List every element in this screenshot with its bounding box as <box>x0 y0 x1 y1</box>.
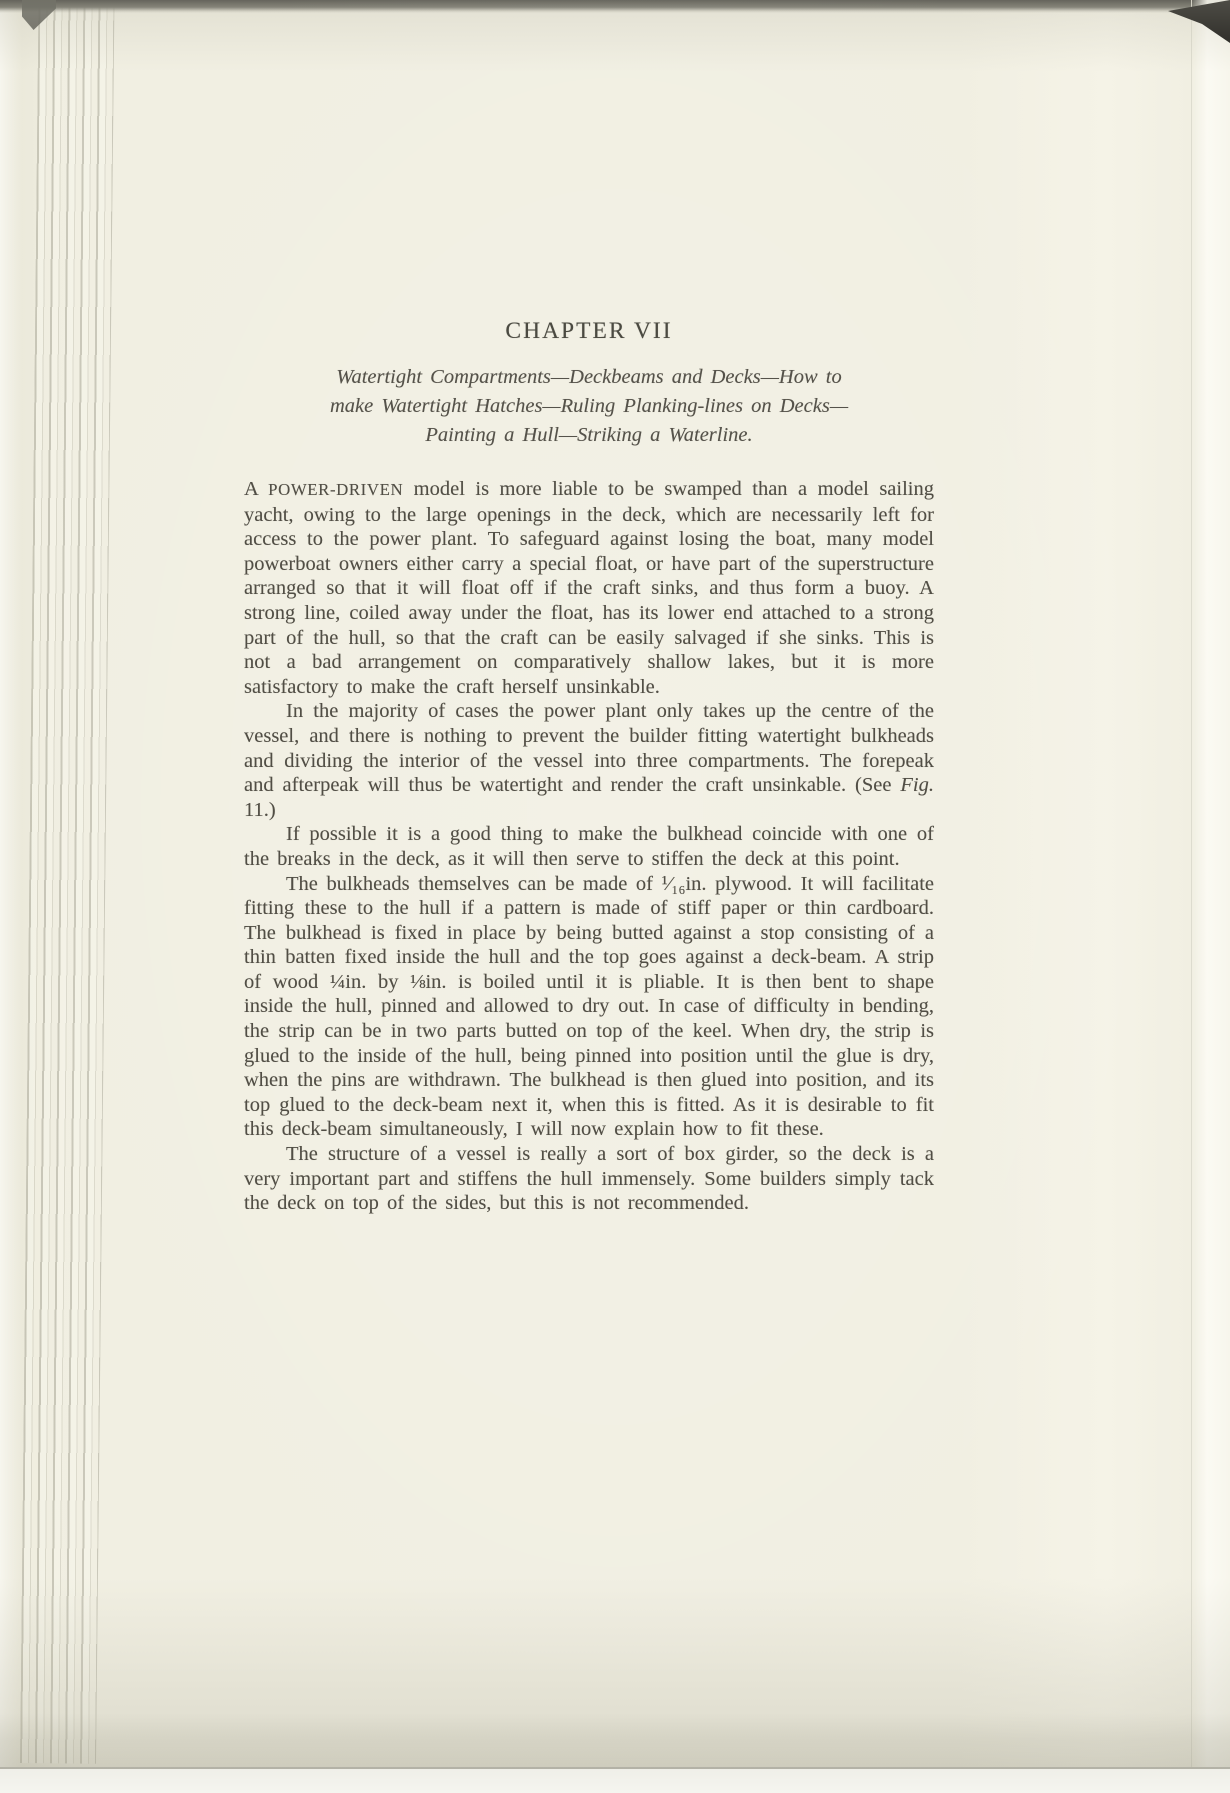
subtitle-line: Painting a Hull—Striking a Waterline. <box>244 421 934 450</box>
chapter-subtitle: Watertight Compartments—Deckbeams and De… <box>244 363 934 450</box>
scan-left-margin <box>0 0 22 1793</box>
paragraph-2: In the majority of cases the power plant… <box>244 699 934 822</box>
subtitle-line: Watertight Compartments—Deckbeams and De… <box>244 363 934 392</box>
paragraph-3: If possible it is a good thing to make t… <box>244 822 934 871</box>
page-content: CHAPTER VII Watertight Compartments—Deck… <box>244 318 934 1216</box>
figure-reference: Fig. <box>900 774 934 796</box>
smallcaps-text: POWER-DRIVEN <box>268 480 403 499</box>
chapter-title: CHAPTER VII <box>244 318 934 345</box>
paragraph-text: A <box>244 478 268 500</box>
paragraph-1: A POWER-DRIVEN model is more liable to b… <box>244 477 934 699</box>
paragraph-5: The structure of a vessel is really a so… <box>244 1142 934 1216</box>
page-bottom-shadow <box>0 1713 1230 1769</box>
paragraph-text: 11.) <box>244 799 276 821</box>
paragraph-text: In the majority of cases the power plant… <box>244 700 934 796</box>
paragraph-text: model is more liable to be swamped than … <box>244 478 934 698</box>
paragraph-4: The bulkheads themselves can be made of … <box>244 872 934 1143</box>
scan-bottom-edge <box>0 1767 1230 1793</box>
scan-top-edge <box>0 0 1230 13</box>
body-text: A POWER-DRIVEN model is more liable to b… <box>244 477 934 1216</box>
subtitle-line: make Watertight Hatches—Ruling Planking-… <box>244 392 934 421</box>
scan-right-margin <box>1191 0 1230 1793</box>
book-page-scan: CHAPTER VII Watertight Compartments—Deck… <box>0 0 1230 1793</box>
book-fore-edge-pages <box>20 6 114 1764</box>
